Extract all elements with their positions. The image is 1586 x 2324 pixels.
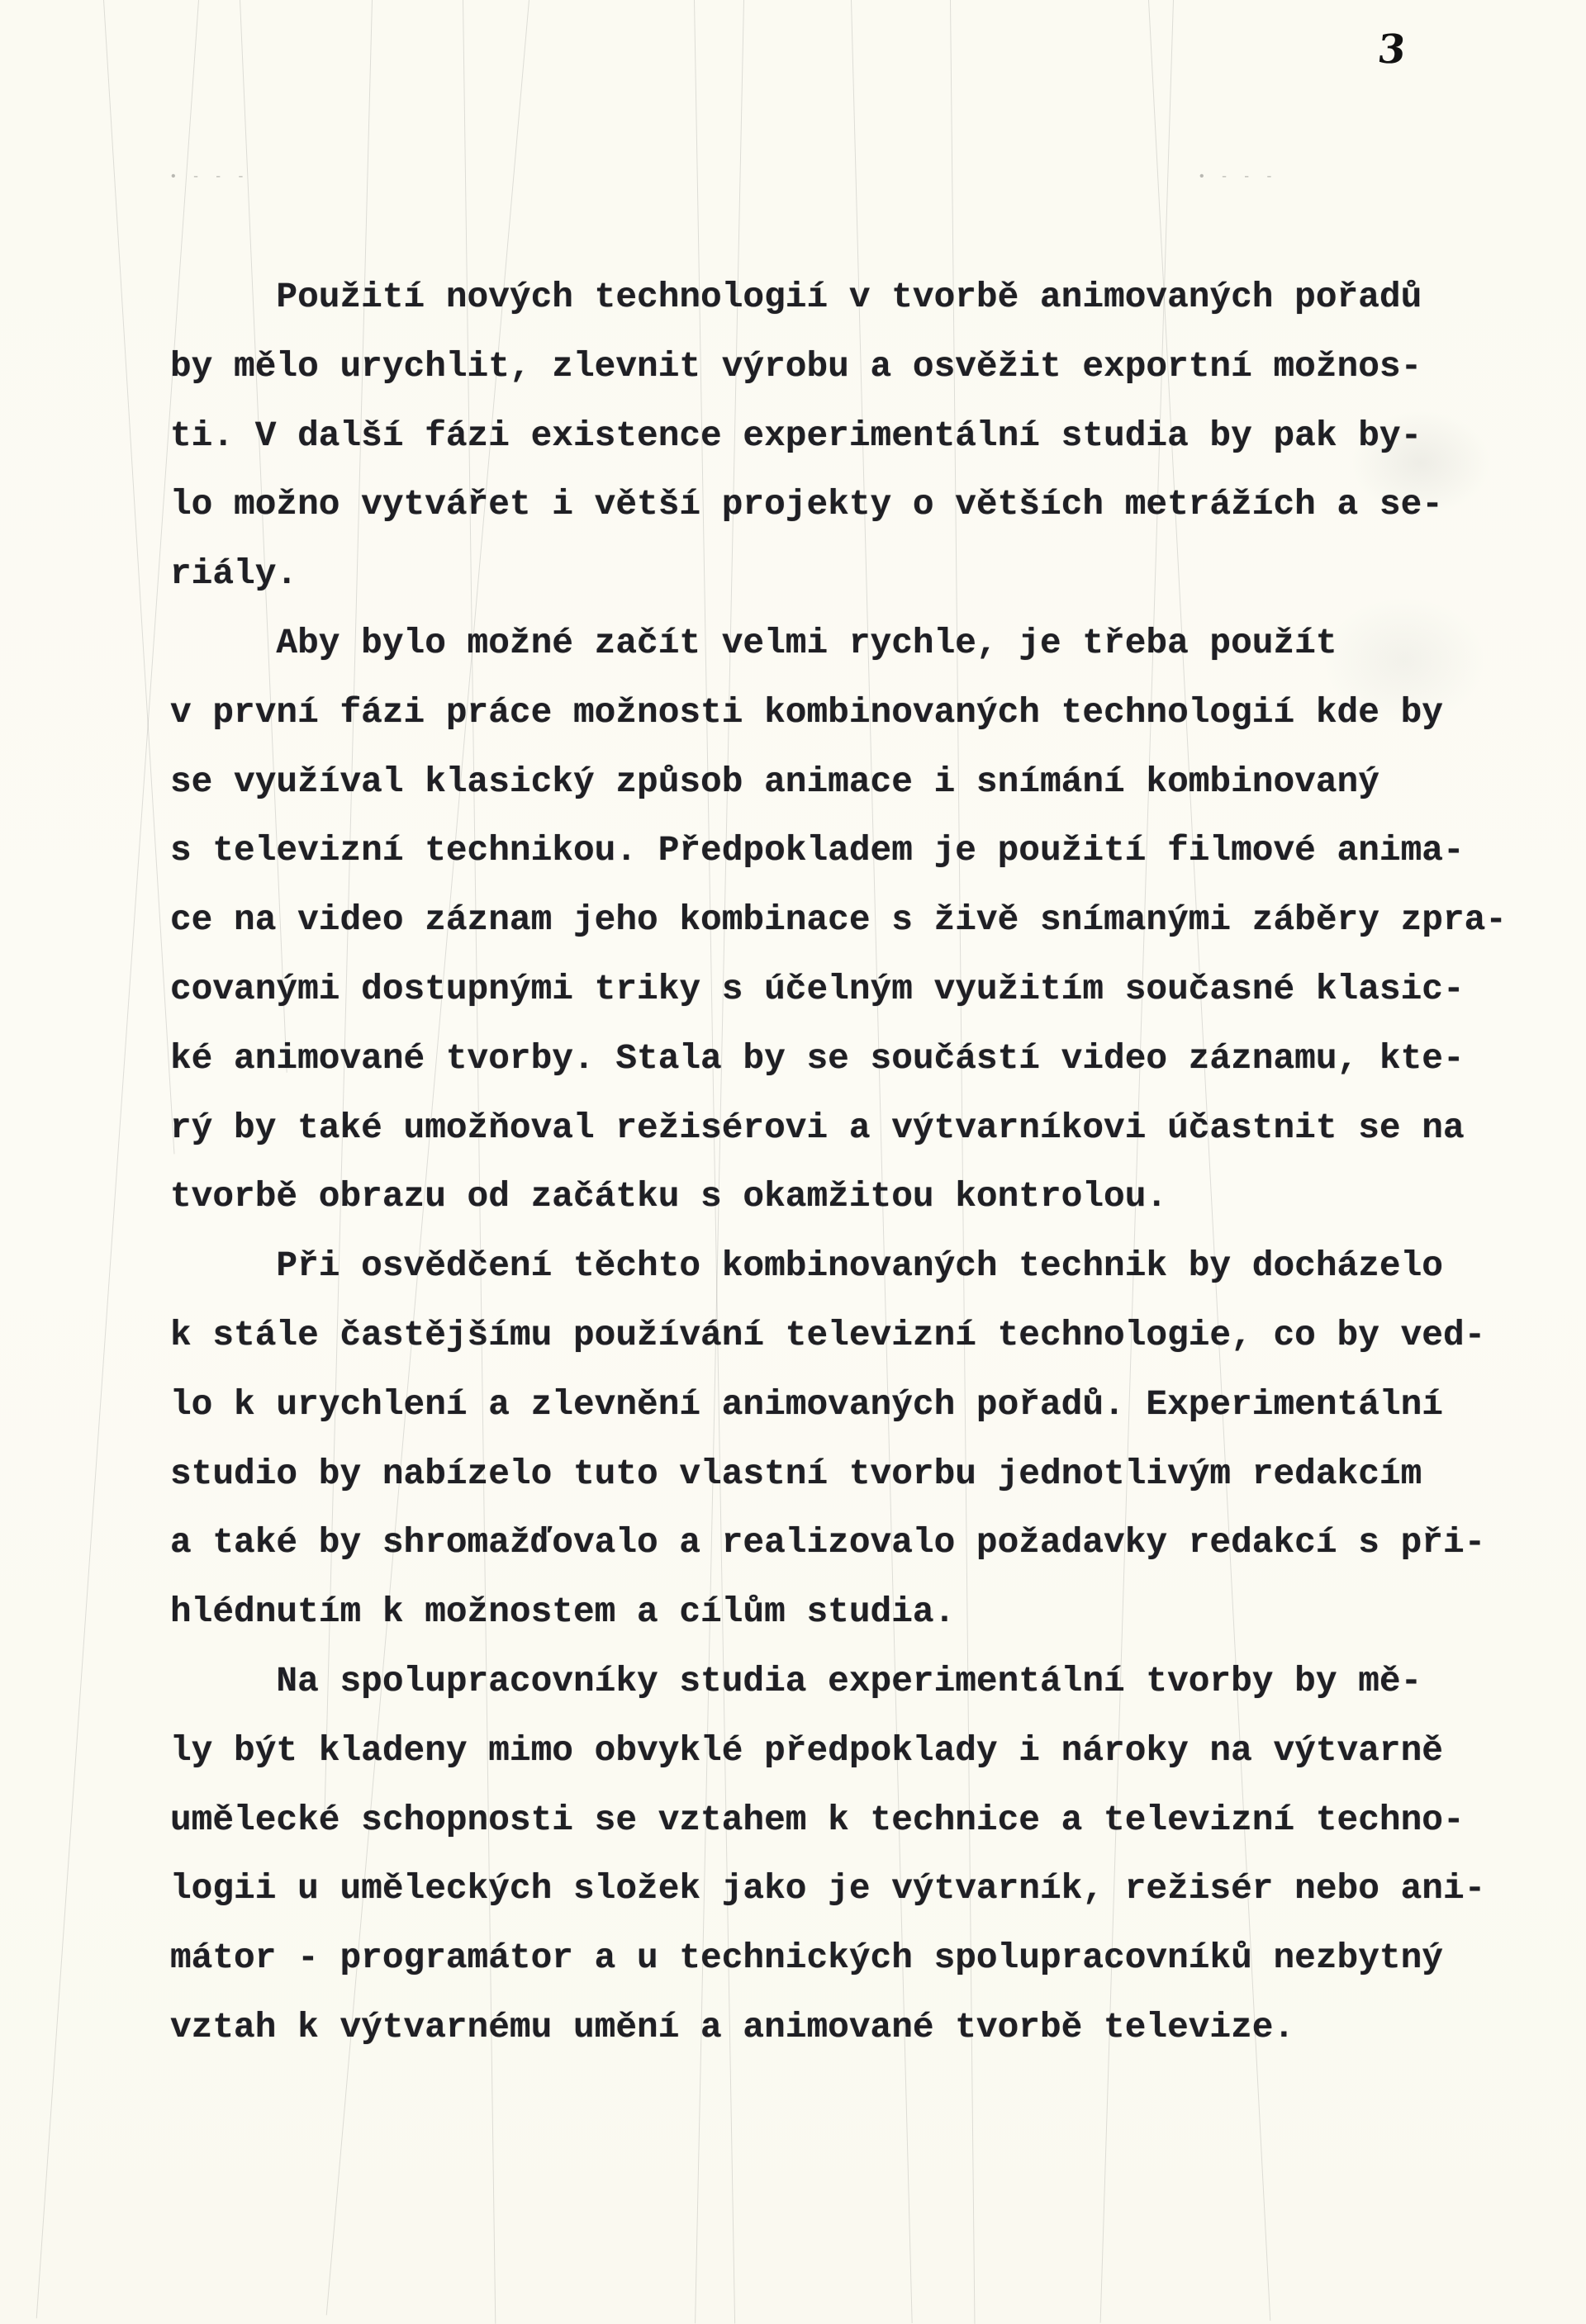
text-line: a také by shromažďovalo a realizovalo po… — [170, 1508, 1459, 1577]
text-line: covanými dostupnými triky s účelným využ… — [170, 955, 1459, 1024]
text-line: ké animované tvorby. Stala by se součást… — [170, 1024, 1459, 1093]
text-line: umělecké schopnosti se vztahem k technic… — [170, 1786, 1459, 1855]
text-line: ce na video záznam jeho kombinace s živě… — [170, 885, 1459, 955]
text-line: hlédnutím k možnostem a cílům studia. — [170, 1577, 1459, 1647]
text-line: mátor - programátor a u technických spol… — [170, 1923, 1459, 1993]
text-line: rý by také umožňoval režisérovi a výtvar… — [170, 1093, 1459, 1163]
text-line: tvorbě obrazu od začátku s okamžitou kon… — [170, 1162, 1459, 1231]
text-line: v první fázi práce možnosti kombinovanýc… — [170, 678, 1459, 747]
text-line: k stále častějšímu používání televizní t… — [170, 1301, 1459, 1370]
text-line: lo k urychlení a zlevnění animovaných po… — [170, 1370, 1459, 1439]
text-line: riály. — [170, 539, 1459, 609]
text-line: lo možno vytvářet i větší projekty o vět… — [170, 470, 1459, 539]
text-line: se využíval klasický způsob animace i sn… — [170, 747, 1459, 817]
page-number: 3 — [1375, 26, 1408, 73]
text-line: Aby bylo možné začít velmi rychle, je tř… — [170, 609, 1459, 678]
ghost-mark-right: • - - - — [1198, 169, 1276, 184]
ghost-mark-left: • - - - — [169, 169, 248, 184]
text-line: logii u uměleckých složek jako je výtvar… — [170, 1854, 1459, 1923]
text-line: s televizní technikou. Předpokladem je p… — [170, 816, 1459, 885]
text-line: Při osvědčení těchto kombinovaných techn… — [170, 1231, 1459, 1301]
text-line: ly být kladeny mimo obvyklé předpoklady … — [170, 1716, 1459, 1786]
text-line: studio by nabízelo tuto vlastní tvorbu j… — [170, 1439, 1459, 1509]
text-line: ti. V další fázi existence experimentáln… — [170, 401, 1459, 471]
text-line: Na spolupracovníky studia experimentální… — [170, 1647, 1459, 1716]
text-line: by mělo urychlit, zlevnit výrobu a osvěž… — [170, 332, 1459, 401]
text-line: vztah k výtvarnému umění a animované tvo… — [170, 1993, 1459, 2062]
typewritten-body: Použití nových technologií v tvorbě anim… — [170, 263, 1459, 2062]
text-line: Použití nových technologií v tvorbě anim… — [170, 263, 1459, 332]
